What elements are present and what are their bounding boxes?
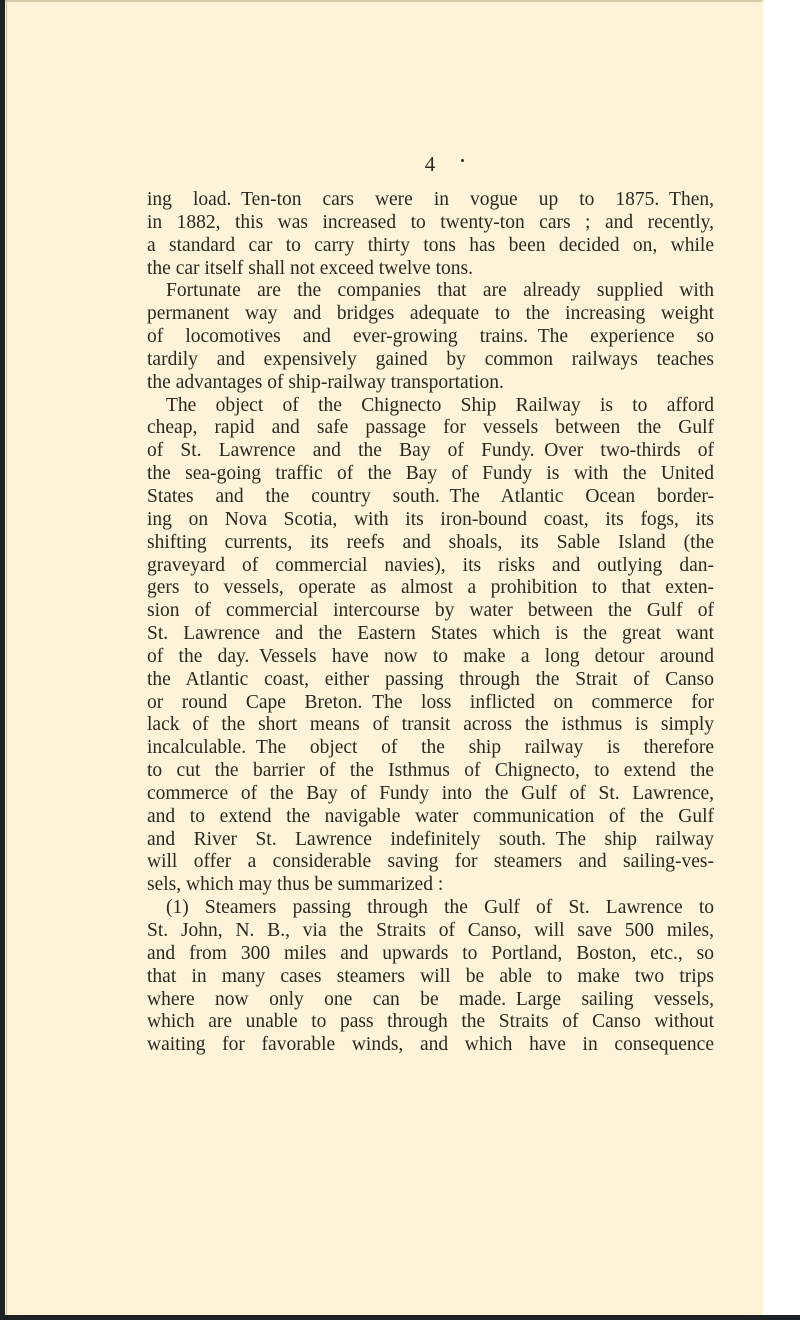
text-line: waiting for favorable winds, and which h… — [147, 1034, 714, 1057]
text-line: or round Cape Breton. The loss inflicted… — [147, 692, 714, 715]
page-top-edge — [0, 0, 763, 2]
paragraph: (1) Steamers passing through the Gulf of… — [147, 897, 714, 1057]
text-line: the sea-going traffic of the Bay of Fund… — [147, 463, 714, 486]
text-line: sels, which may thus be summarized : — [147, 874, 714, 897]
text-line: (1) Steamers passing through the Gulf of… — [147, 897, 714, 920]
text-line: incalculable. The object of the ship rai… — [147, 737, 714, 760]
text-line: cheap, rapid and safe passage for vessel… — [147, 417, 714, 440]
text-line: the advantages of ship-railway transport… — [147, 372, 714, 395]
speck-mark — [461, 159, 464, 162]
text-line: which are unable to pass through the Str… — [147, 1011, 714, 1034]
scan-bottom-edge — [0, 1315, 800, 1320]
paragraph: Fortunate are the companies that are alr… — [147, 280, 714, 394]
scan-margin-right — [763, 0, 800, 1315]
text-line: tardily and expensively gained by common… — [147, 349, 714, 372]
text-line: and to extend the navigable water commun… — [147, 806, 714, 829]
text-line: the Atlantic coast, either passing throu… — [147, 669, 714, 692]
text-line: that in many cases steamers will be able… — [147, 966, 714, 989]
text-line: St. Lawrence and the Eastern States whic… — [147, 623, 714, 646]
text-line: will offer a considerable saving for ste… — [147, 851, 714, 874]
text-line: ing load. Ten-ton cars were in vogue up … — [147, 189, 714, 212]
text-line: St. John, N. B., via the Straits of Cans… — [147, 920, 714, 943]
paragraph: The object of the Chignecto Ship Railway… — [147, 395, 714, 898]
paragraph: ing load. Ten-ton cars were in vogue up … — [147, 189, 714, 280]
text-line: and River St. Lawrence indefinitely sout… — [147, 829, 714, 852]
text-line: gers to vessels, operate as almost a pro… — [147, 577, 714, 600]
page-left-edge-line — [6, 0, 7, 1320]
text-line: States and the country south. The Atlant… — [147, 486, 714, 509]
text-line: of the day. Vessels have now to make a l… — [147, 646, 714, 669]
text-line: ing on Nova Scotia, with its iron-bound … — [147, 509, 714, 532]
text-line: to cut the barrier of the Isthmus of Chi… — [147, 760, 714, 783]
book-binding-edge — [0, 0, 5, 1320]
text-line: the car itself shall not exceed twelve t… — [147, 258, 714, 281]
text-line: where now only one can be made. Large sa… — [147, 989, 714, 1012]
text-line: The object of the Chignecto Ship Railway… — [147, 395, 714, 418]
page-number: 4 — [0, 152, 800, 177]
body-text: ing load. Ten-ton cars were in vogue up … — [147, 189, 714, 1057]
text-line: of St. Lawrence and the Bay of Fundy. Ov… — [147, 440, 714, 463]
text-line: lack of the short means of transit acros… — [147, 714, 714, 737]
text-line: shifting currents, its reefs and shoals,… — [147, 532, 714, 555]
text-line: in 1882, this was increased to twenty-to… — [147, 212, 714, 235]
text-line: graveyard of commercial navies), its ris… — [147, 555, 714, 578]
text-line: of locomotives and ever-growing trains. … — [147, 326, 714, 349]
text-line: commerce of the Bay of Fundy into the Gu… — [147, 783, 714, 806]
text-line: sion of commercial intercourse by water … — [147, 600, 714, 623]
text-line: Fortunate are the companies that are alr… — [147, 280, 714, 303]
text-line: and from 300 miles and upwards to Portla… — [147, 943, 714, 966]
text-line: a standard car to carry thirty tons has … — [147, 235, 714, 258]
text-line: permanent way and bridges adequate to th… — [147, 303, 714, 326]
